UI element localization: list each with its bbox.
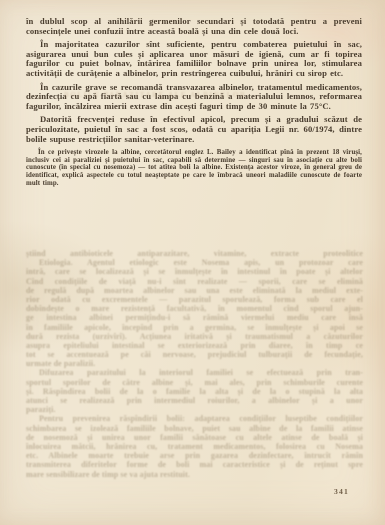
- showthrough-line: de regulă după moartea albinelor sau una…: [26, 286, 363, 295]
- showthrough-line: dură rezista (urzivîrî). Acțiunea iritat…: [26, 332, 363, 341]
- showthrough-line: în familiile apicole, începînd prin a ge…: [26, 323, 363, 332]
- showthrough-block: știind antibioticele antiparazitare, vit…: [26, 249, 363, 479]
- showthrough-line: asupra epiteliului intestinal se exterio…: [26, 341, 363, 350]
- paragraph: În cazurile grave se recomandă transvaza…: [26, 83, 362, 112]
- showthrough-line: și. Răspîndirea bolii de la o familie la…: [26, 387, 363, 396]
- showthrough-line: știind antibioticele antiparazitare, vit…: [26, 249, 363, 258]
- showthrough-line: Pentru prevenirea răspîndirii bolii: ada…: [26, 414, 363, 423]
- showthrough-line: Cînd condițiile de viață nu-i sînt reali…: [26, 277, 363, 286]
- showthrough-line: Difuzarea parazitului la interiorul fami…: [26, 368, 363, 377]
- book-page: în dublul scop al anihilării germenilor …: [0, 0, 385, 525]
- showthrough-line: transmiterea diferitelor forme de boli m…: [26, 460, 363, 469]
- paragraph: în dublul scop al anihilării germenilor …: [26, 17, 362, 36]
- page-number: 341: [334, 487, 349, 496]
- showthrough-line: dobîndește o mare rezistență facultativă…: [26, 304, 363, 313]
- showthrough-line: schimbarea se izolează familiile bolnave…: [26, 424, 363, 433]
- showthrough-line: paraziți.: [26, 405, 363, 414]
- paragraph: Datorită frecvenței reduse în efectivul …: [26, 115, 362, 144]
- showthrough-line: tot se accentuează pe căi nervoase, prej…: [26, 350, 363, 359]
- showthrough-line: urmate de paralizii.: [26, 359, 363, 368]
- showthrough-line: înlocuirea mătcii, hrănirea cu, tratamen…: [26, 442, 363, 451]
- showthrough-line: etc. Albinele moarte trebuie arse prin g…: [26, 451, 363, 460]
- petit-paragraph: În ce privește virozele la albine, cerce…: [26, 149, 362, 187]
- main-text-block: în dublul scop al anihilării germenilor …: [26, 17, 362, 187]
- showthrough-line: rior odată cu excrementele — parazitul s…: [26, 295, 363, 304]
- showthrough-line: mare sensibilizare de timp se va ajuta r…: [26, 470, 363, 479]
- showthrough-line: de nosemoză și unirea unor familii sănăt…: [26, 433, 363, 442]
- showthrough-line: atunci se realizează prin intermediul ro…: [26, 396, 363, 405]
- main-paragraphs: în dublul scop al anihilării germenilor …: [26, 17, 362, 144]
- showthrough-line: Etiologia. Agentul etiologic este Nosema…: [26, 258, 363, 267]
- paragraph: În majoritatea cazurilor sînt suficiente…: [26, 40, 362, 78]
- showthrough-line: sportul sporilor de către albine și, mai…: [26, 378, 363, 387]
- showthrough-line: intră, care se localizează și se înmulțe…: [26, 267, 363, 276]
- showthrough-line: ge intestina albinei permițîndu-i să răm…: [26, 313, 363, 322]
